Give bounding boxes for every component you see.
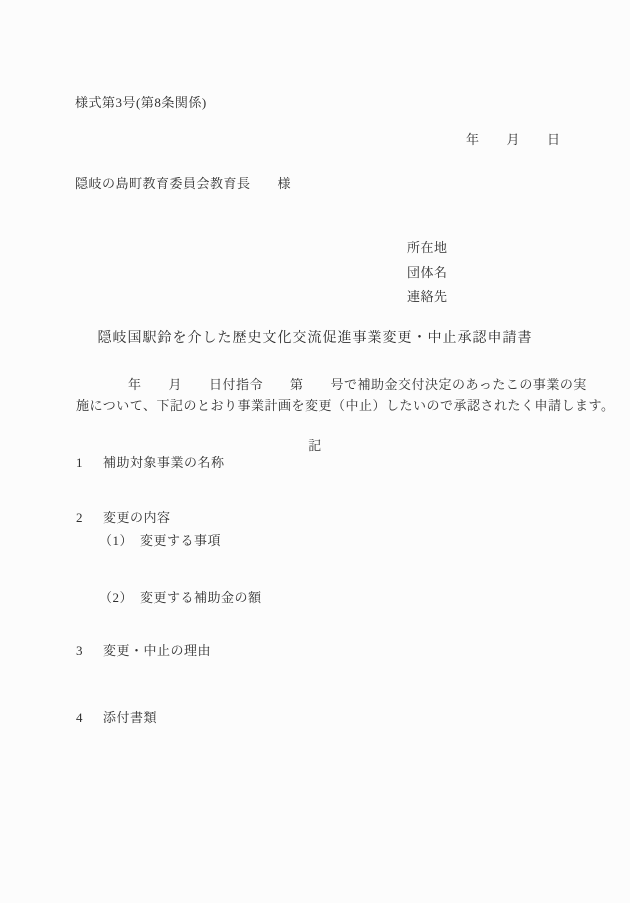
applicant-organization-label: 団体名 — [407, 264, 448, 282]
item-2-sub-2-label: 変更する補助金の額 — [140, 590, 262, 605]
item-3-label: 変更・中止の理由 — [103, 643, 211, 658]
recipient-line: 隠岐の島町教育委員会教育長 様 — [75, 175, 291, 193]
item-2-label: 変更の内容 — [103, 510, 171, 525]
document-page: 様式第3号(第8条関係) 年 月 日 隠岐の島町教育委員会教育長 様 所在地 団… — [0, 0, 630, 903]
body-paragraph-line1: 年 月 日付指令 第 号で補助金交付決定のあったこの事業の実 — [128, 376, 587, 394]
list-item-2-sub-1: （1）変更する事項 — [99, 532, 221, 550]
list-item-4: 4添付書類 — [76, 709, 157, 727]
list-item-2-sub-2: （2）変更する補助金の額 — [99, 589, 262, 607]
item-2-sub-2-number: （2） — [99, 590, 133, 605]
item-2-sub-1-label: 変更する事項 — [140, 533, 221, 548]
issue-date-line: 年 月 日 — [466, 131, 561, 149]
body-paragraph-line2: 施について、下記のとおり事業計画を変更（中止）したいので承認されたく申請します。 — [76, 397, 614, 415]
item-2-sub-1-number: （1） — [99, 533, 133, 548]
applicant-location-label: 所在地 — [407, 239, 448, 257]
form-number: 様式第3号(第8条関係) — [75, 94, 207, 112]
list-item-2: 2変更の内容 — [76, 509, 171, 527]
item-3-number: 3 — [76, 642, 103, 660]
applicant-contact-label: 連絡先 — [407, 288, 448, 306]
list-item-1: 1補助対象事業の名称 — [76, 454, 225, 472]
item-1-number: 1 — [76, 454, 103, 472]
list-item-3: 3変更・中止の理由 — [76, 642, 211, 660]
item-4-number: 4 — [76, 709, 103, 727]
ki-heading: 記 — [0, 437, 630, 455]
item-2-number: 2 — [76, 509, 103, 527]
item-4-label: 添付書類 — [103, 710, 157, 725]
document-title: 隠岐国駅鈴を介した歴史文化交流促進事業変更・中止承認申請書 — [0, 330, 630, 348]
item-1-label: 補助対象事業の名称 — [103, 455, 225, 470]
